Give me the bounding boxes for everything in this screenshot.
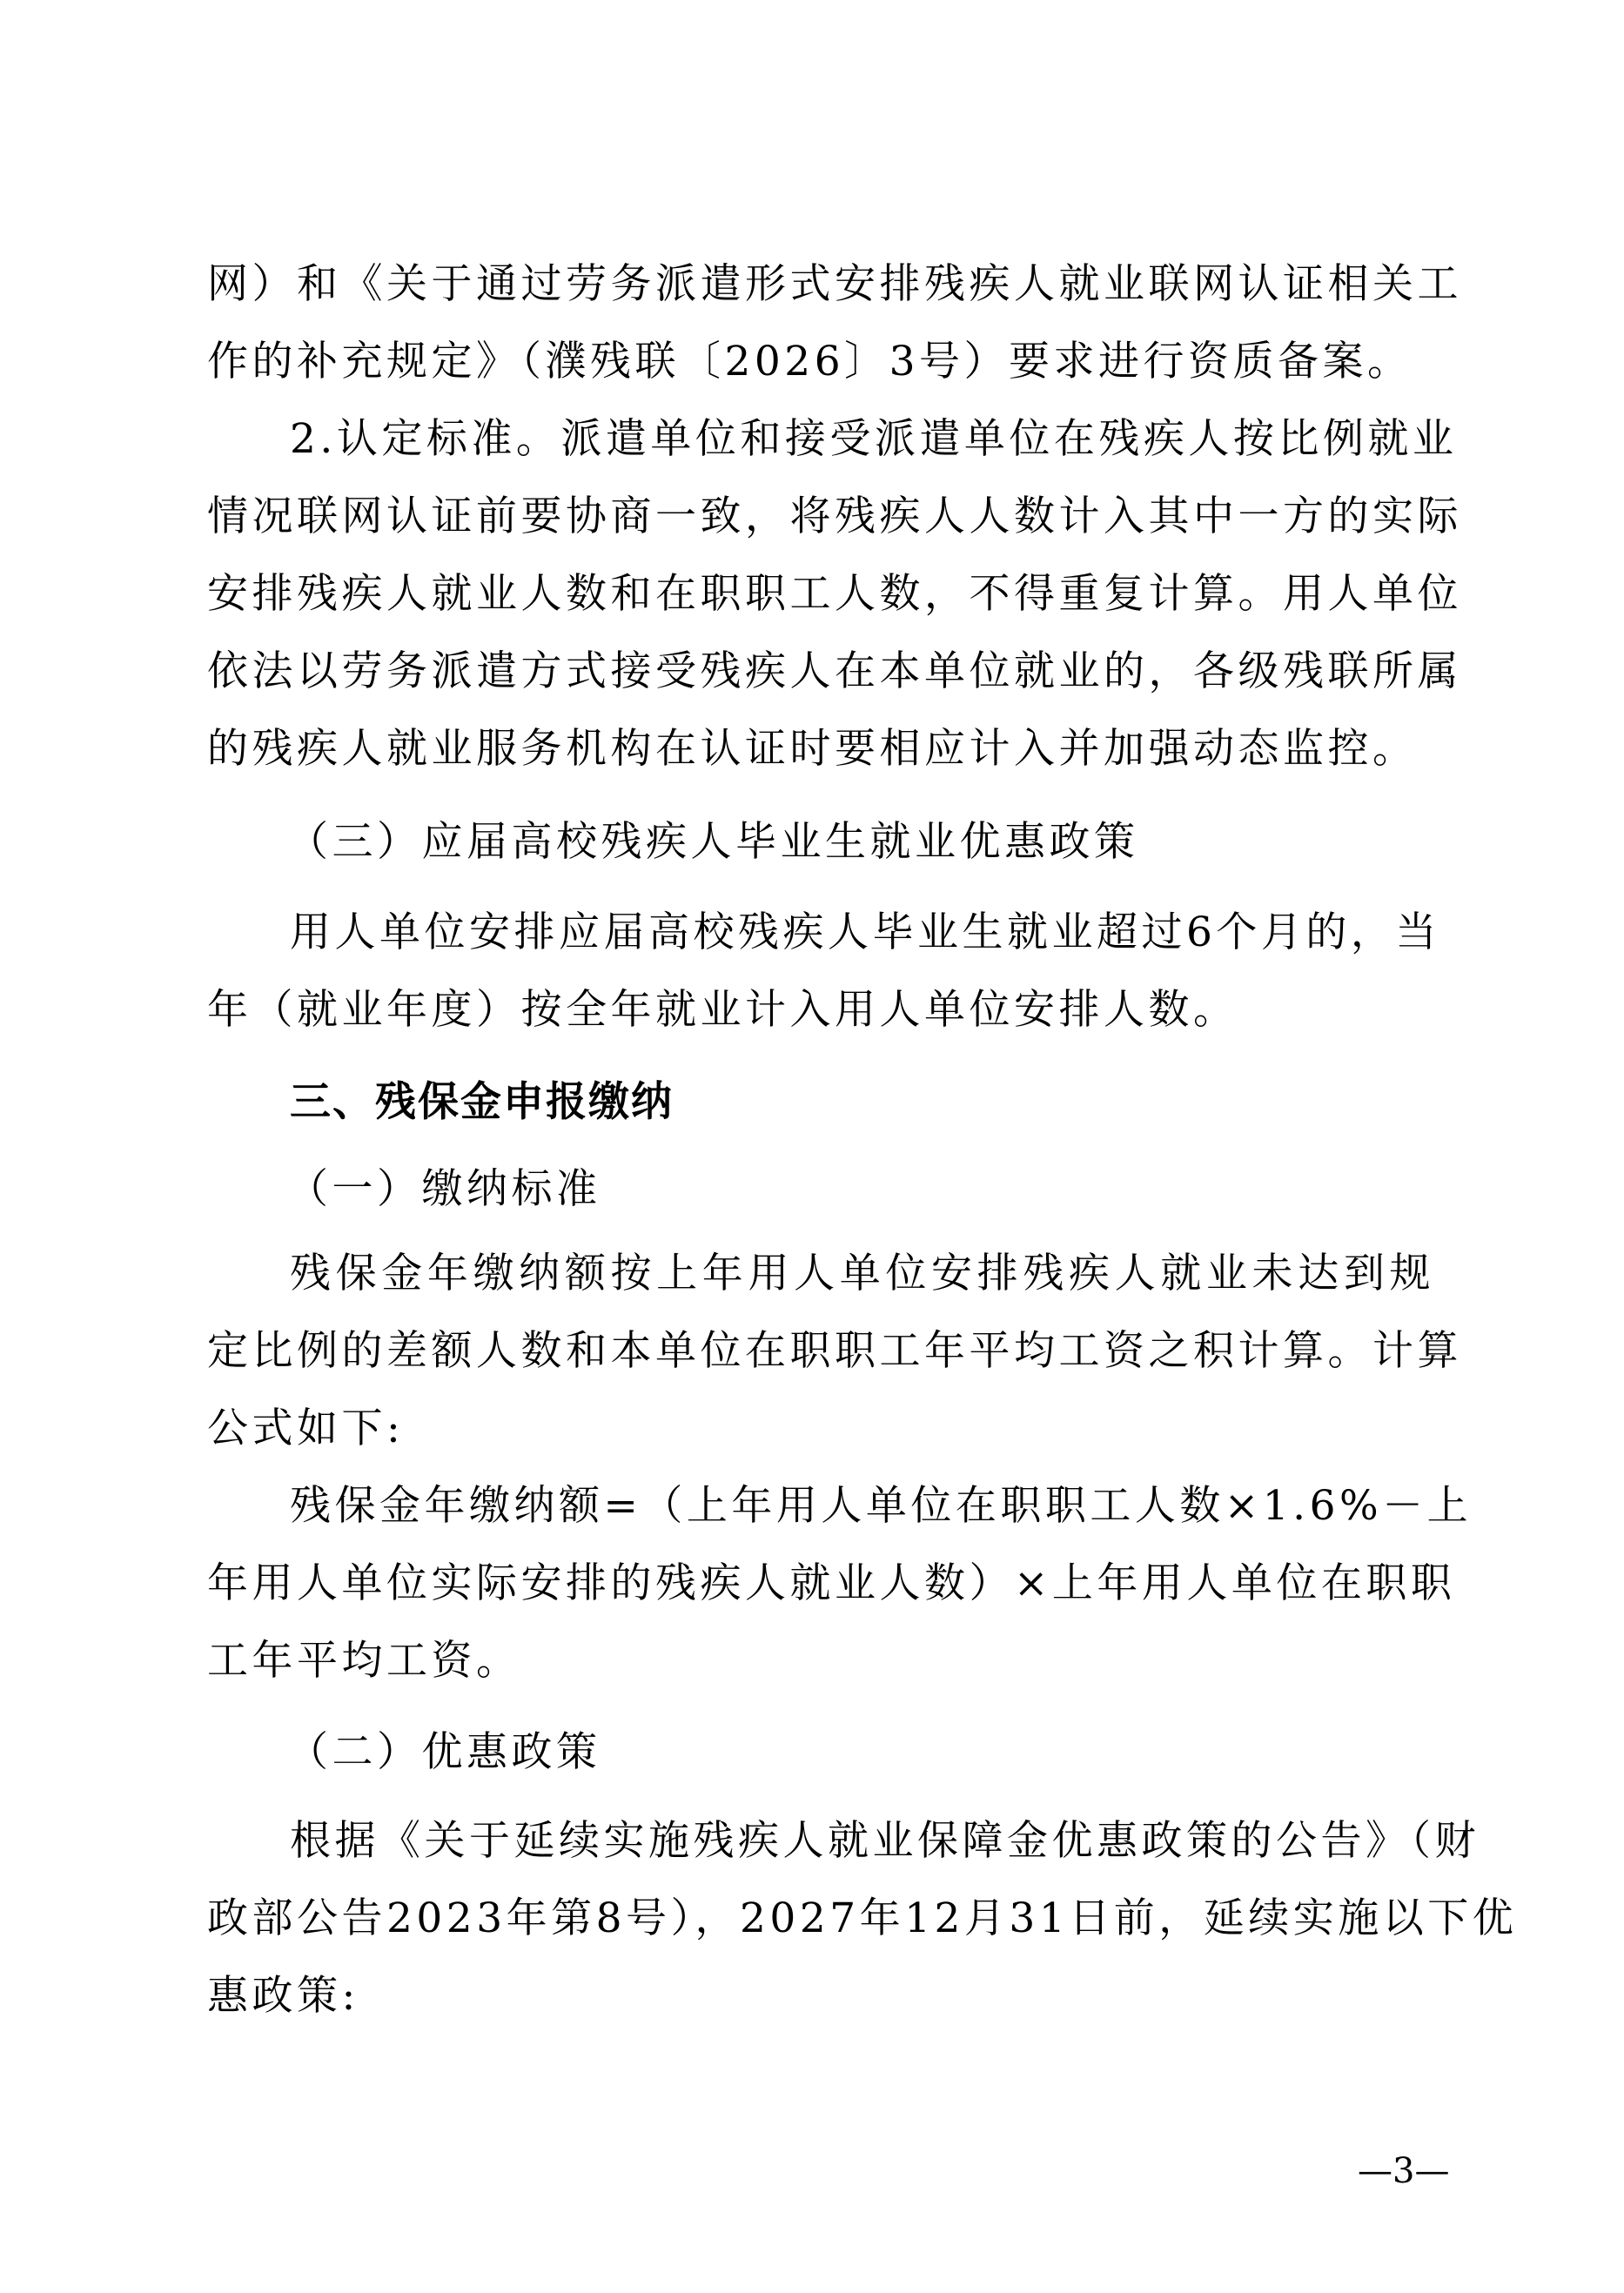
paragraph-line: 安排残疾人就业人数和在职职工人数，不得重复计算。用人单位 [207,567,1434,622]
paragraph-line: 2.认定标准。派遣单位和接受派遣单位在残疾人按比例就业 [290,412,1434,467]
paragraph-line: 年（就业年度）按全年就业计入用人单位安排人数。 [207,982,1434,1038]
formula-line: 年用人单位实际安排的残疾人就业人数）×上年用人单位在职职 [207,1556,1434,1612]
paragraph-line: 政部公告2023年第8号），2027年12月31日前，延续实施以下优 [207,1891,1434,1947]
page-number: —3— [1358,2149,1449,2193]
formula-line: 残保金年缴纳额=（上年用人单位在职职工人数×1.6%－上 [290,1478,1434,1534]
paragraph-line: 定比例的差额人数和本单位在职职工年平均工资之积计算。计算 [207,1324,1434,1379]
paragraph-line: 作的补充规定》（濮残联〔2026〕3号）要求进行资质备案。 [207,334,1434,390]
paragraph-line: 惠政策: [207,1968,1434,2024]
section-subheading: （三）应届高校残疾人毕业生就业优惠政策 [287,815,1139,870]
section-subheading: （二）优惠政策 [287,1725,601,1780]
section-heading: 三、残保金申报缴纳 [290,1075,1434,1130]
paragraph-line: 用人单位安排应届高校残疾人毕业生就业超过6个月的，当 [290,905,1434,961]
paragraph-line: 的残疾人就业服务机构在认证时要相应计入并加强动态监控。 [207,721,1434,777]
section-subheading: （一）缴纳标准 [287,1162,601,1217]
document-page: 网）和《关于通过劳务派遣形式安排残疾人就业联网认证相关工 作的补充规定》（濮残联… [0,0,1624,2293]
paragraph-line: 情况联网认证前要协商一致，将残疾人人数计入其中一方的实际 [207,489,1434,545]
paragraph-line: 公式如下: [207,1401,1434,1457]
formula-line: 工年平均工资。 [207,1633,1434,1689]
paragraph-line: 网）和《关于通过劳务派遣形式安排残疾人就业联网认证相关工 [207,257,1434,312]
paragraph-line: 依法以劳务派遣方式接受残疾人在本单位就业的，各级残联所属 [207,644,1434,700]
paragraph-line: 根据《关于延续实施残疾人就业保障金优惠政策的公告》（财 [290,1814,1434,1869]
paragraph-line: 残保金年缴纳额按上年用人单位安排残疾人就业未达到规 [290,1246,1434,1302]
